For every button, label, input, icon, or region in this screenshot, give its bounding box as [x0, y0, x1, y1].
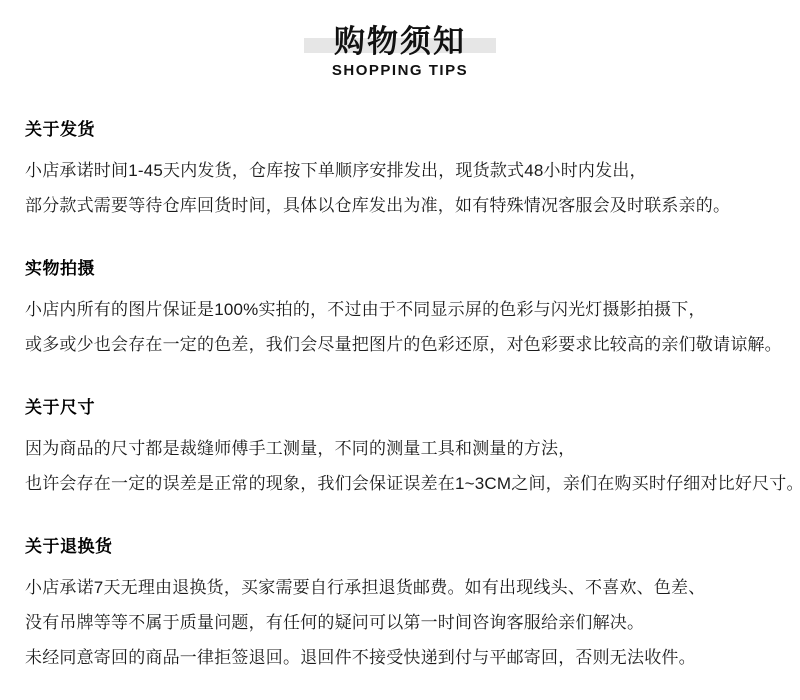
section-shipping-line-2: 部分款式需要等待仓库回货时间，具体以仓库发出为准，如有特殊情况客服会及时联系亲的… — [25, 188, 775, 223]
section-shipping-heading: 关于发货 — [25, 120, 775, 140]
page-content: 关于发货 小店承诺时间1-45天内发货，仓库按下单顺序安排发出，现货款式48小时… — [0, 120, 800, 675]
shopping-tips-page: 购物须知 SHOPPING TIPS 关于发货 小店承诺时间1-45天内发货，仓… — [0, 0, 800, 700]
section-returns: 关于退换货 小店承诺7天无理由退换货，买家需要自行承担退货邮费。如有出现线头、不… — [25, 537, 775, 675]
page-header: 购物须知 SHOPPING TIPS — [0, 0, 800, 80]
page-subtitle: SHOPPING TIPS — [0, 62, 800, 80]
page-title: 购物须知 — [334, 24, 466, 60]
section-size: 关于尺寸 因为商品的尺寸都是裁缝师傅手工测量，不同的测量工具和测量的方法， 也许… — [25, 398, 775, 501]
section-size-heading: 关于尺寸 — [25, 398, 775, 418]
section-shipping: 关于发货 小店承诺时间1-45天内发货，仓库按下单顺序安排发出，现货款式48小时… — [25, 120, 775, 223]
section-returns-heading: 关于退换货 — [25, 537, 775, 557]
section-returns-line-2: 没有吊牌等等不属于质量问题，有任何的疑问可以第一时间咨询客服给亲们解决。 — [25, 605, 775, 640]
section-returns-line-1: 小店承诺7天无理由退换货，买家需要自行承担退货邮费。如有出现线头、不喜欢、色差、 — [25, 570, 775, 605]
section-returns-line-3: 未经同意寄回的商品一律拒签退回。退回件不接受快递到付与平邮寄回，否则无法收件。 — [25, 640, 775, 675]
section-real-photos: 实物拍摄 小店内所有的图片保证是100%实拍的，不过由于不同显示屏的色彩与闪光灯… — [25, 259, 775, 362]
section-real-photos-line-2: 或多或少也会存在一定的色差，我们会尽量把图片的色彩还原，对色彩要求比较高的亲们敬… — [25, 327, 775, 362]
section-size-line-1: 因为商品的尺寸都是裁缝师傅手工测量，不同的测量工具和测量的方法， — [25, 431, 775, 466]
section-real-photos-line-1: 小店内所有的图片保证是100%实拍的，不过由于不同显示屏的色彩与闪光灯摄影拍摄下… — [25, 292, 775, 327]
section-shipping-line-1: 小店承诺时间1-45天内发货，仓库按下单顺序安排发出，现货款式48小时内发出， — [25, 153, 775, 188]
section-size-line-2: 也许会存在一定的误差是正常的现象，我们会保证误差在1~3CM之间，亲们在购买时仔… — [25, 466, 775, 501]
page-title-wrap: 购物须知 — [304, 24, 496, 60]
section-real-photos-heading: 实物拍摄 — [25, 259, 775, 279]
